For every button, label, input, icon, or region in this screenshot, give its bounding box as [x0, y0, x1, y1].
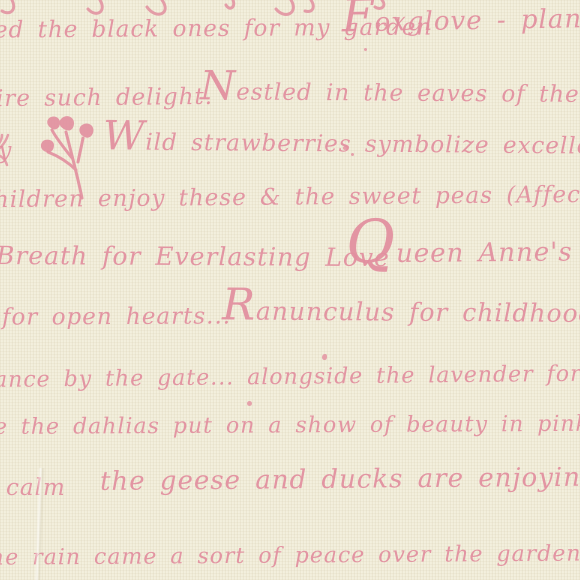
script-line-7: ance by the gate... alongside the lavend…: [0, 362, 580, 392]
script-line-5-right: Queen Anne's Lace f: [346, 239, 580, 268]
script-line-6-left: for open hearts...: [2, 305, 231, 329]
script-line-1-right: Foxglove - plant f: [342, 6, 580, 37]
ink-speckle: [351, 153, 354, 156]
ink-speckle: [364, 48, 367, 51]
script-line-9-left: calm: [6, 477, 66, 500]
script-line-3-fragment: ly: [0, 140, 12, 163]
script-line-6-right: Ranunculus for childhood memo: [222, 298, 580, 326]
script-line-2-left: ire such delight.: [0, 86, 213, 111]
script-line-9-right: the geese and ducks are enjoying the pon…: [100, 463, 580, 495]
ink-speckle: [322, 354, 327, 360]
script-line-8: e the dahlias put on a show of beauty in…: [0, 413, 580, 439]
ink-speckle: [343, 146, 347, 150]
script-line-5-left: Breath for Everlasting Love: [0, 243, 390, 270]
script-line-2-right: Nestled in the eaves of the garden s: [200, 81, 580, 108]
script-line-3-main: Wild strawberries symbolize excellence a…: [103, 131, 580, 159]
script-line-10: he rain came a sort of peace over the ga…: [0, 542, 580, 569]
ink-speckle: [247, 401, 252, 406]
fabric-swatch: ed the black ones for my garden Foxglove…: [0, 0, 580, 580]
script-line-4: hildren enjoy these & the sweet peas (Af…: [0, 183, 580, 212]
